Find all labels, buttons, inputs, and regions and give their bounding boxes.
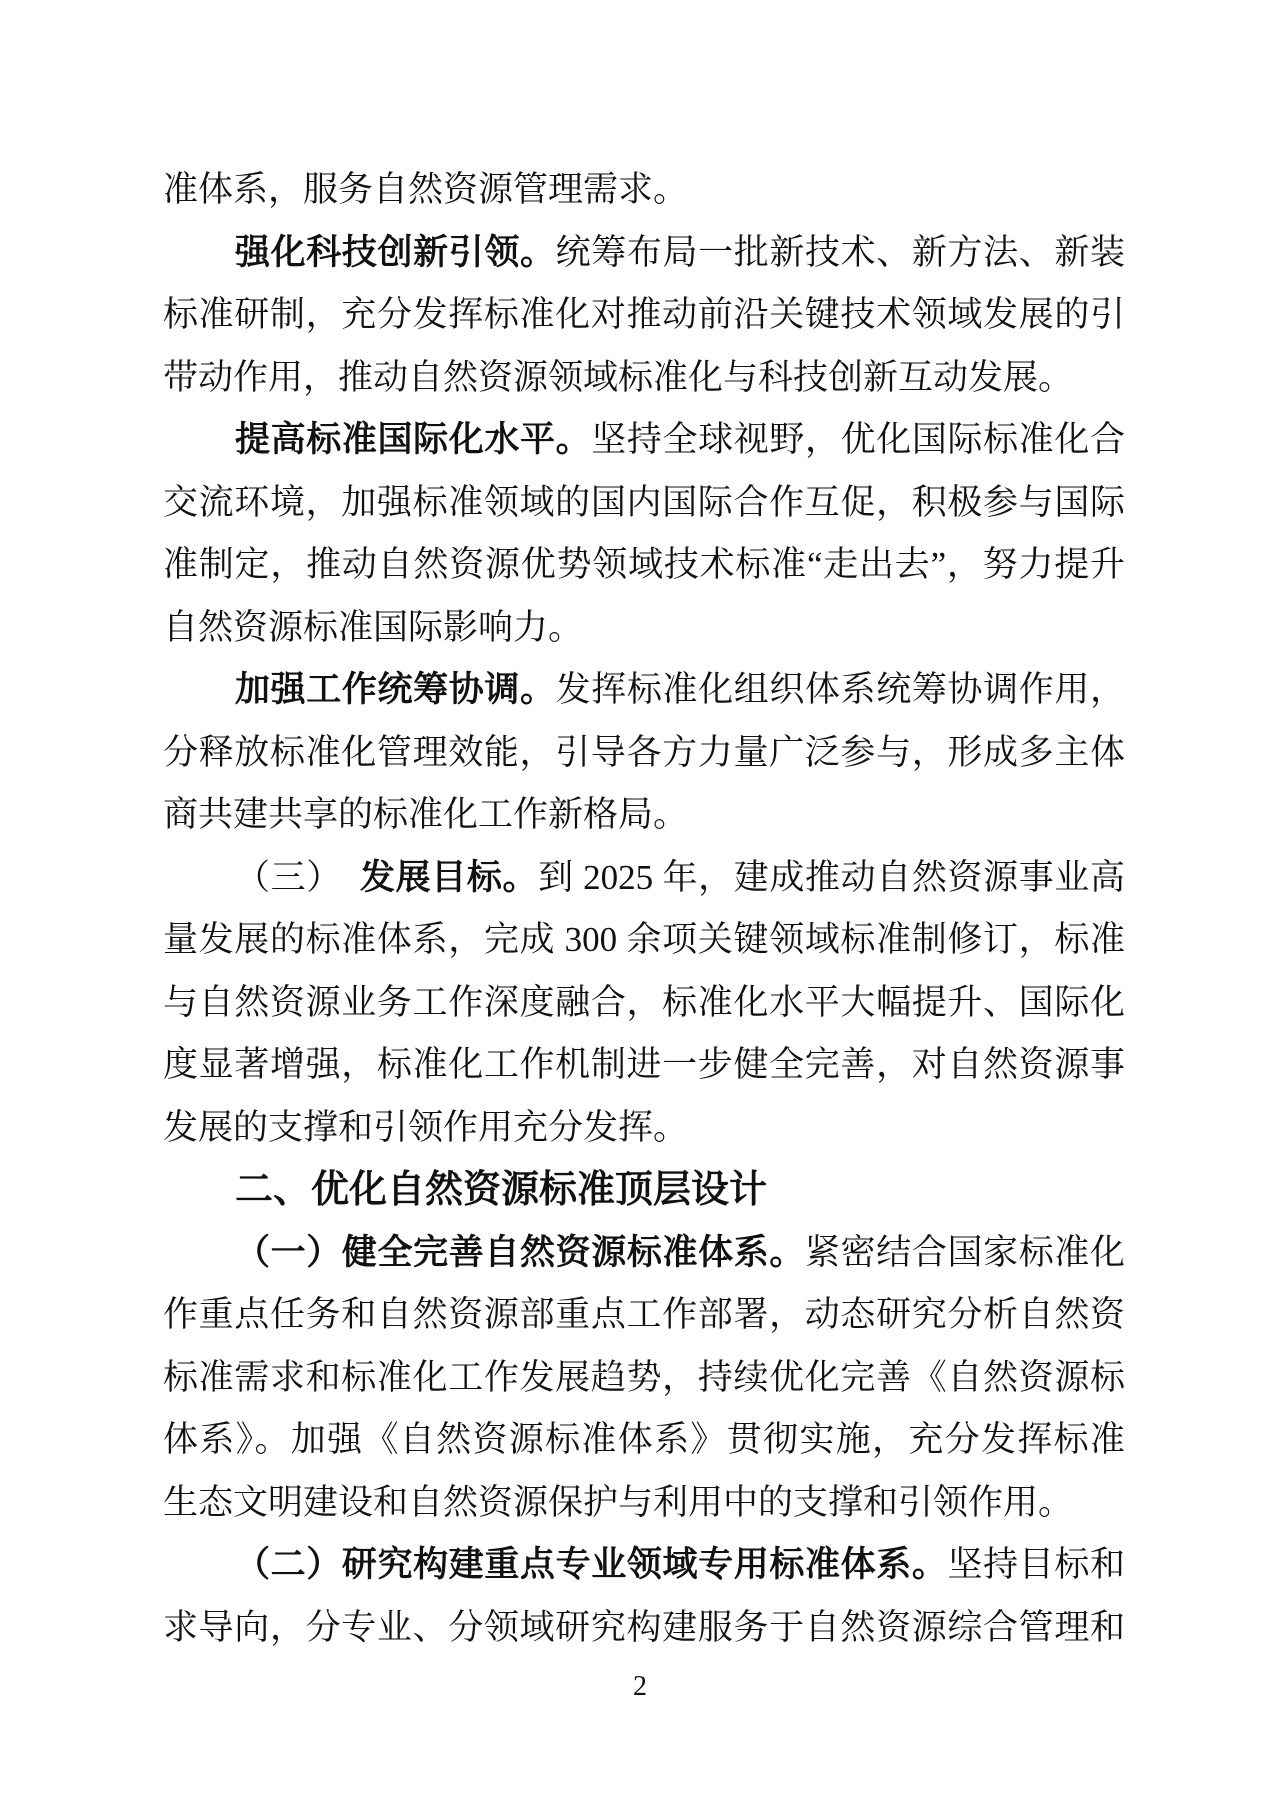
- paragraph-line: 作重点任务和自然资源部重点工作部署，动态研究分析自然资源: [163, 1284, 1125, 1347]
- paragraph-line: 发展的支撑和引领作用充分发挥。: [163, 1097, 1125, 1160]
- document-body: 准体系，服务自然资源管理需求。 强化科技创新引领。统筹布局一批新技术、新方法、新…: [163, 159, 1125, 1659]
- line-text: 度显著增强，标准化工作机制进一步健全完善，对自然资源事业: [163, 1045, 1125, 1097]
- paragraph-line: 交流环境，加强标准领域的国内国际合作互促，积极参与国际标: [163, 472, 1125, 535]
- line-text: 商共建共享的标准化工作新格局。: [163, 795, 688, 834]
- document-page: 准体系，服务自然资源管理需求。 强化科技创新引领。统筹布局一批新技术、新方法、新…: [0, 0, 1280, 1810]
- line-text: 发展的支撑和引领作用充分发挥。: [163, 1108, 688, 1147]
- paragraph-line: 生态文明建设和自然资源保护与利用中的支撑和引领作用。: [163, 1472, 1125, 1535]
- list-marker: （三）: [235, 858, 360, 897]
- section-heading: 二、优化自然资源标准顶层设计: [163, 1159, 1125, 1222]
- line-text: 自然资源标准国际影响力。: [163, 608, 583, 647]
- paragraph-line: 标准研制，充分发挥标准化对推动前沿关键技术领域发展的引领: [163, 284, 1125, 347]
- paragraph-line: （二）研究构建重点专业领域专用标准体系。坚持目标和需: [163, 1534, 1125, 1597]
- line-text: 作重点任务和自然资源部重点工作部署，动态研究分析自然资源: [163, 1295, 1125, 1347]
- bold-leadin: 提高标准国际化水平。: [235, 420, 591, 459]
- paragraph-line: 度显著增强，标准化工作机制进一步健全完善，对自然资源事业: [163, 1034, 1125, 1097]
- paragraph-line: 提高标准国际化水平。坚持全球视野，优化国际标准化合作: [163, 409, 1125, 472]
- bold-leadin: 发展目标。: [360, 858, 538, 897]
- bold-leadin: （一）健全完善自然资源标准体系。: [235, 1233, 805, 1272]
- paragraph-line: 准制定，推动自然资源优势领域技术标准“走出去”，努力提升: [163, 534, 1125, 597]
- paragraph-line: 准体系，服务自然资源管理需求。: [163, 159, 1125, 222]
- paragraph-line: 量发展的标准体系，完成 300 余项关键领域标准制修订，标准化: [163, 909, 1125, 972]
- line-text: 求导向，分专业、分领域研究构建服务于自然资源综合管理和重: [163, 1608, 1125, 1660]
- line-text: 分释放标准化管理效能，引导各方力量广泛参与，形成多主体共: [163, 733, 1125, 785]
- line-text: 标准研制，充分发挥标准化对推动前沿关键技术领域发展的引领: [163, 295, 1125, 347]
- paragraph-line: 标准需求和标准化工作发展趋势，持续优化完善《自然资源标准: [163, 1347, 1125, 1410]
- line-text: 带动作用，推动自然资源领域标准化与科技创新互动发展。: [163, 358, 1073, 397]
- line-text: 交流环境，加强标准领域的国内国际合作互促，积极参与国际标: [163, 483, 1125, 535]
- bold-leadin: （二）研究构建重点专业领域专用标准体系。: [235, 1545, 947, 1584]
- line-text: 标准需求和标准化工作发展趋势，持续优化完善《自然资源标准: [163, 1358, 1125, 1410]
- line-text: 与自然资源业务工作深度融合，标准化水平大幅提升、国际化程: [163, 983, 1125, 1035]
- line-text: 量发展的标准体系，完成 300 余项关键领域标准制修订，标准化: [163, 920, 1125, 972]
- paragraph-line: （三） 发展目标。到 2025 年，建成推动自然资源事业高质: [163, 847, 1125, 910]
- line-text: 生态文明建设和自然资源保护与利用中的支撑和引领作用。: [163, 1483, 1073, 1522]
- line-text: 准体系，服务自然资源管理需求。: [163, 170, 688, 209]
- paragraph-line: 加强工作统筹协调。发挥标准化组织体系统筹协调作用，充: [163, 659, 1125, 722]
- heading-text: 二、优化自然资源标准顶层设计: [235, 1169, 767, 1211]
- line-text: 准制定，推动自然资源优势领域技术标准“走出去”，努力提升: [163, 545, 1125, 584]
- bold-leadin: 强化科技创新引领。: [235, 233, 556, 272]
- bold-leadin: 加强工作统筹协调。: [235, 670, 556, 709]
- paragraph-line: 商共建共享的标准化工作新格局。: [163, 784, 1125, 847]
- paragraph-line: 求导向，分专业、分领域研究构建服务于自然资源综合管理和重: [163, 1597, 1125, 1660]
- paragraph-line: 体系》。加强《自然资源标准体系》贯彻实施，充分发挥标准在: [163, 1409, 1125, 1472]
- line-text: 体系》。加强《自然资源标准体系》贯彻实施，充分发挥标准在: [163, 1420, 1125, 1472]
- paragraph-line: 与自然资源业务工作深度融合，标准化水平大幅提升、国际化程: [163, 972, 1125, 1035]
- paragraph-line: （一）健全完善自然资源标准体系。紧密结合国家标准化工: [163, 1222, 1125, 1285]
- paragraph-line: 强化科技创新引领。统筹布局一批新技术、新方法、新装备: [163, 222, 1125, 285]
- paragraph-line: 带动作用，推动自然资源领域标准化与科技创新互动发展。: [163, 347, 1125, 410]
- page-number: 2: [0, 1662, 1280, 1712]
- paragraph-line: 自然资源标准国际影响力。: [163, 597, 1125, 660]
- paragraph-line: 分释放标准化管理效能，引导各方力量广泛参与，形成多主体共: [163, 722, 1125, 785]
